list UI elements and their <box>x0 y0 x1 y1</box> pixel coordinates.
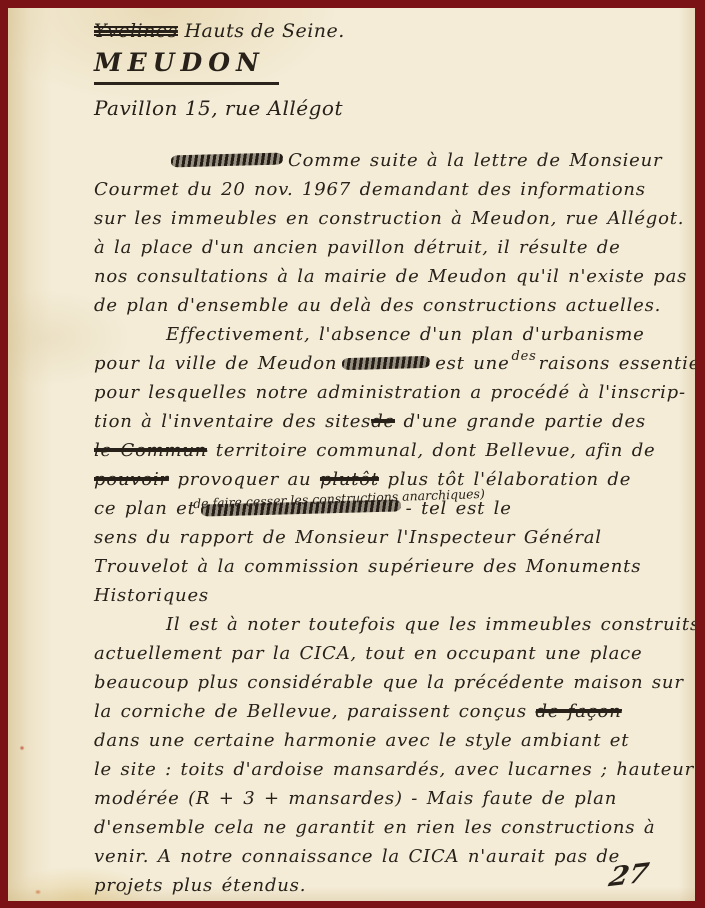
text-segment: Comme suite à la lettre de Monsieur <box>288 150 662 171</box>
scribble-mark <box>171 153 283 168</box>
handwritten-line: à la place d'un ancien pavillon détruit,… <box>94 233 690 262</box>
text-segment: ce plan et <box>94 498 196 519</box>
handwritten-line: venir. A notre connaissance la CICA n'au… <box>94 842 690 871</box>
scribble-strikeout <box>342 355 430 371</box>
text-segment: d'ensemble cela ne garantit en rien les … <box>94 817 655 838</box>
handwritten-line: Effectivement, l'absence d'un plan d'urb… <box>94 320 690 349</box>
handwritten-line: Comme suite à la lettre de Monsieur <box>94 146 690 175</box>
text-segment: dans une certaine harmonie avec le style… <box>94 730 629 751</box>
scanned-letter-screenshot: { "colors": { "border": "#7b1215", "pape… <box>0 0 705 908</box>
text-segment: modérée (R + 3 + mansardes) - Mais faute… <box>94 788 617 809</box>
scribble-mark <box>342 356 430 370</box>
handwritten-line: Trouvelot à la commission supérieure des… <box>94 552 690 581</box>
text-segment: Courmet du 20 nov. 1967 demandant des in… <box>94 179 646 200</box>
handwritten-line: dans une certaine harmonie avec le style… <box>94 726 690 755</box>
inserted-word: des <box>512 349 537 364</box>
text-segment: actuellement par la CICA, tout en occupa… <box>94 643 643 664</box>
handwritten-line: tion à l'inventaire des sitesde d'une gr… <box>94 407 690 436</box>
scribble-strikeout <box>171 152 283 168</box>
struck-department: Yvelines <box>94 20 178 42</box>
text-segment: d'une grande partie des <box>395 411 646 432</box>
handwritten-line: le site : toits d'ardoise mansardés, ave… <box>94 755 690 784</box>
struck-text: de façon <box>536 701 622 722</box>
struck-text: le Commun <box>94 440 207 461</box>
text-segment: Trouvelot à la commission supérieure des… <box>94 556 641 577</box>
handwritten-line: projets plus étendus. <box>94 871 690 900</box>
text-segment: venir. A notre connaissance la CICA n'au… <box>94 846 620 867</box>
text-segment: raisons essentielles <box>539 353 695 374</box>
text-segment: à la place d'un ancien pavillon détruit,… <box>94 237 621 258</box>
department-label: Hauts de Seine. <box>184 20 344 42</box>
handwritten-line: beaucoup plus considérable que la précéd… <box>94 668 690 697</box>
handwritten-line: sur les immeubles en construction à Meud… <box>94 204 690 233</box>
handwritten-line: pour la ville de Meudonest unedesraisons… <box>94 349 690 378</box>
text-segment: la corniche de Bellevue, paraissent conç… <box>94 701 536 722</box>
scribble-strikeout: de faire cesser les constructions anarch… <box>201 500 401 516</box>
department-line: Yvelines Hauts de Seine. <box>94 20 345 42</box>
text-segment: sur les immeubles en construction à Meud… <box>94 208 684 229</box>
text-segment: le site : toits d'ardoise mansardés, ave… <box>94 759 694 780</box>
handwritten-line: sens du rapport de Monsieur l'Inspecteur… <box>94 523 690 552</box>
handwritten-line: Historiques <box>94 581 690 610</box>
handwritten-line: pour lesquelles notre administration a p… <box>94 378 690 407</box>
handwritten-line: de plan d'ensemble au delà des construct… <box>94 291 690 320</box>
struck-text: pouvoir <box>94 469 169 490</box>
text-segment: tion à l'inventaire des sites <box>94 411 371 432</box>
text-segment: Historiques <box>94 585 209 606</box>
text-segment: pour lesquelles notre administration a p… <box>94 382 686 403</box>
letter-page: Yvelines Hauts de Seine. MEUDON Pavillon… <box>8 8 695 901</box>
address-line: Pavillon 15, rue Allégot <box>94 96 345 120</box>
handwritten-line: la corniche de Bellevue, paraissent conç… <box>94 697 690 726</box>
handwritten-line: actuellement par la CICA, tout en occupa… <box>94 639 690 668</box>
text-segment: pour la ville de Meudon <box>94 353 337 374</box>
handwritten-line: nos consultations à la mairie de Meudon … <box>94 262 690 291</box>
text-segment: est une <box>435 353 509 374</box>
text-segment: projets plus étendus. <box>94 875 306 896</box>
letter-header: Yvelines Hauts de Seine. MEUDON Pavillon… <box>94 20 345 120</box>
text-segment: Effectivement, l'absence d'un plan d'urb… <box>166 324 645 345</box>
text-segment: beaucoup plus considérable que la précéd… <box>94 672 684 693</box>
handwritten-line: Courmet du 20 nov. 1967 demandant des in… <box>94 175 690 204</box>
handwritten-line: ce plan etde faire cesser les constructi… <box>94 494 690 523</box>
text-segment: sens du rapport de Monsieur l'Inspecteur… <box>94 527 602 548</box>
text-segment: de plan d'ensemble au delà des construct… <box>94 295 661 316</box>
text-segment: territoire communal, dont Bellevue, afin… <box>207 440 655 461</box>
letter-body: Comme suite à la lettre de MonsieurCourm… <box>94 146 690 900</box>
text-segment: nos consultations à la mairie de Meudon … <box>94 266 687 287</box>
handwritten-line: le Commun territoire communal, dont Bell… <box>94 436 690 465</box>
handwritten-line: modérée (R + 3 + mansardes) - Mais faute… <box>94 784 690 813</box>
handwritten-line: Il est à noter toutefois que les immeubl… <box>94 610 690 639</box>
struck-text: de <box>371 411 395 432</box>
city-title: MEUDON <box>94 48 279 85</box>
paraph-mark: 27 <box>606 858 651 893</box>
text-segment: Il est à noter toutefois que les immeubl… <box>166 614 695 635</box>
handwritten-line: d'ensemble cela ne garantit en rien les … <box>94 813 690 842</box>
